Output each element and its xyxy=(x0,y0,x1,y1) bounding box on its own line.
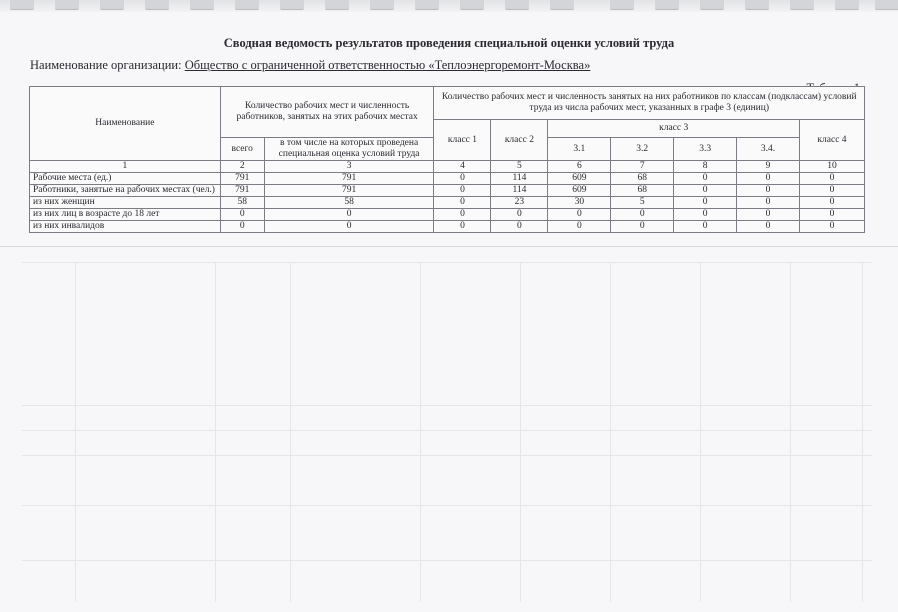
header-assessed: в том числе на которых проведена специал… xyxy=(264,138,434,161)
header-sub-3-1: 3.1 xyxy=(548,138,611,161)
table-cell: 0 xyxy=(491,209,548,221)
table-row: из них инвалидов000000000 xyxy=(30,221,865,233)
column-number: 7 xyxy=(611,161,674,173)
table-cell: 0 xyxy=(674,197,737,209)
row-label: из них лиц в возрасте до 18 лет xyxy=(30,209,221,221)
table-row: из них лиц в возрасте до 18 лет000000000 xyxy=(30,209,865,221)
table-cell: 791 xyxy=(264,185,434,197)
table-cell: 58 xyxy=(264,197,434,209)
table-cell: 609 xyxy=(548,173,611,185)
table-cell: 0 xyxy=(434,173,491,185)
header-sub-3-3: 3.3 xyxy=(674,138,737,161)
table-cell: 0 xyxy=(737,221,800,233)
table-cell: 68 xyxy=(611,173,674,185)
row-label: Рабочие места (ед.) xyxy=(30,173,221,185)
table-cell: 0 xyxy=(674,221,737,233)
table-cell: 0 xyxy=(799,173,864,185)
column-number: 9 xyxy=(737,161,800,173)
table-cell: 0 xyxy=(220,221,264,233)
table-cell: 23 xyxy=(491,197,548,209)
organization-name: Общество с ограниченной ответственностью… xyxy=(185,58,591,72)
summary-table: Наименование Количество рабочих мест и ч… xyxy=(29,86,865,233)
column-number: 1 xyxy=(30,161,221,173)
table-cell: 0 xyxy=(434,197,491,209)
table-cell: 791 xyxy=(220,173,264,185)
organization-label: Наименование организации: xyxy=(30,58,182,72)
table-cell: 0 xyxy=(737,197,800,209)
table-row: Работники, занятые на рабочих местах (че… xyxy=(30,185,865,197)
table-cell: 0 xyxy=(434,221,491,233)
column-number: 8 xyxy=(674,161,737,173)
header-group-workplaces: Количество рабочих мест и численность ра… xyxy=(220,87,434,138)
organization-line: Наименование организации: Общество с огр… xyxy=(30,58,590,73)
table-cell: 114 xyxy=(491,173,548,185)
table-cell: 0 xyxy=(434,185,491,197)
table-cell: 0 xyxy=(491,221,548,233)
table-cell: 0 xyxy=(548,221,611,233)
document-title: Сводная ведомость результатов проведения… xyxy=(0,36,898,51)
table-cell: 0 xyxy=(799,209,864,221)
table-cell: 0 xyxy=(611,209,674,221)
table-cell: 0 xyxy=(799,221,864,233)
table-cell: 30 xyxy=(548,197,611,209)
table-cell: 0 xyxy=(548,209,611,221)
table-cell: 0 xyxy=(264,209,434,221)
header-sub-3-2: 3.2 xyxy=(611,138,674,161)
table-row: Рабочие места (ед.)791791011460968000 xyxy=(30,173,865,185)
header-class3: класс 3 xyxy=(548,120,800,138)
table-cell: 0 xyxy=(434,209,491,221)
column-number: 3 xyxy=(264,161,434,173)
column-numbers-row: 1 2 3 4 5 6 7 8 9 10 xyxy=(30,161,865,173)
table-cell: 0 xyxy=(737,209,800,221)
header-name: Наименование xyxy=(30,87,221,161)
header-group-classes: Количество рабочих мест и численность за… xyxy=(434,87,865,120)
header-class1: класс 1 xyxy=(434,120,491,161)
table-cell: 0 xyxy=(220,209,264,221)
header-class2: класс 2 xyxy=(491,120,548,161)
table-cell: 0 xyxy=(737,185,800,197)
table-cell: 0 xyxy=(674,209,737,221)
table-cell: 58 xyxy=(220,197,264,209)
table-cell: 609 xyxy=(548,185,611,197)
table-cell: 0 xyxy=(799,185,864,197)
table-cell: 114 xyxy=(491,185,548,197)
table-cell: 791 xyxy=(264,173,434,185)
table-cell: 791 xyxy=(220,185,264,197)
column-number: 5 xyxy=(491,161,548,173)
header-class4: класс 4 xyxy=(799,120,864,161)
table-row: из них женщин5858023305000 xyxy=(30,197,865,209)
table-cell: 5 xyxy=(611,197,674,209)
table-cell: 0 xyxy=(264,221,434,233)
table-cell: 0 xyxy=(737,173,800,185)
column-number: 4 xyxy=(434,161,491,173)
table-cell: 0 xyxy=(674,185,737,197)
column-number: 10 xyxy=(799,161,864,173)
column-number: 2 xyxy=(220,161,264,173)
binding-holes xyxy=(0,0,898,12)
header-sub-3-4: 3.4. xyxy=(737,138,800,161)
table-cell: 0 xyxy=(799,197,864,209)
table-cell: 68 xyxy=(611,185,674,197)
row-label: Работники, занятые на рабочих местах (че… xyxy=(30,185,221,197)
header-total: всего xyxy=(220,138,264,161)
table-cell: 0 xyxy=(674,173,737,185)
table-cell: 0 xyxy=(611,221,674,233)
row-label: из них женщин xyxy=(30,197,221,209)
column-number: 6 xyxy=(548,161,611,173)
row-label: из них инвалидов xyxy=(30,221,221,233)
